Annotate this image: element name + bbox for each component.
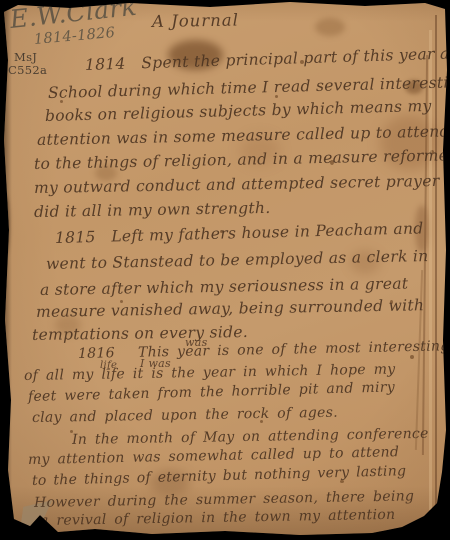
journal-line: a revival of religion in the town my att… xyxy=(40,507,396,529)
paper-page: E.W.Clark 1814-1826 MsJ C552a A Journal … xyxy=(0,0,450,540)
catalog-mark-line1: MsJ xyxy=(14,50,37,64)
interlinear-insertion: life xyxy=(100,360,117,371)
journal-line: 1814 Spent the principal part of this ye… xyxy=(85,44,450,74)
journal-line: to the things of religion, and in a meas… xyxy=(34,146,450,173)
interlinear-insertion: I was xyxy=(140,357,171,370)
page-title: A Journal xyxy=(152,10,239,31)
journal-line: temptations on every side. xyxy=(32,323,248,344)
stain xyxy=(315,18,345,36)
journal-line: a store after which my seriousness in a … xyxy=(40,275,409,299)
journal-line: books on religious subjects by which mea… xyxy=(45,97,432,125)
interlinear-insertion: was xyxy=(185,336,208,349)
journal-line: clay and placed upon the rock of ages. xyxy=(32,405,338,426)
journal-line: did it all in my own strength. xyxy=(34,199,271,221)
journal-line: 1815 Left my fathers house in Peacham an… xyxy=(55,219,424,247)
journal-line: to the things of eternity but nothing ve… xyxy=(32,463,407,489)
journal-line: feet were taken from the horrible pit an… xyxy=(28,379,395,405)
speck xyxy=(410,355,414,359)
scanned-journal-page: E.W.Clark 1814-1826 MsJ C552a A Journal … xyxy=(0,0,450,540)
binding-edge xyxy=(0,0,12,540)
journal-line: measure vanished away, being surrounded … xyxy=(36,296,425,321)
catalog-mark-line2: C552a xyxy=(8,63,47,77)
